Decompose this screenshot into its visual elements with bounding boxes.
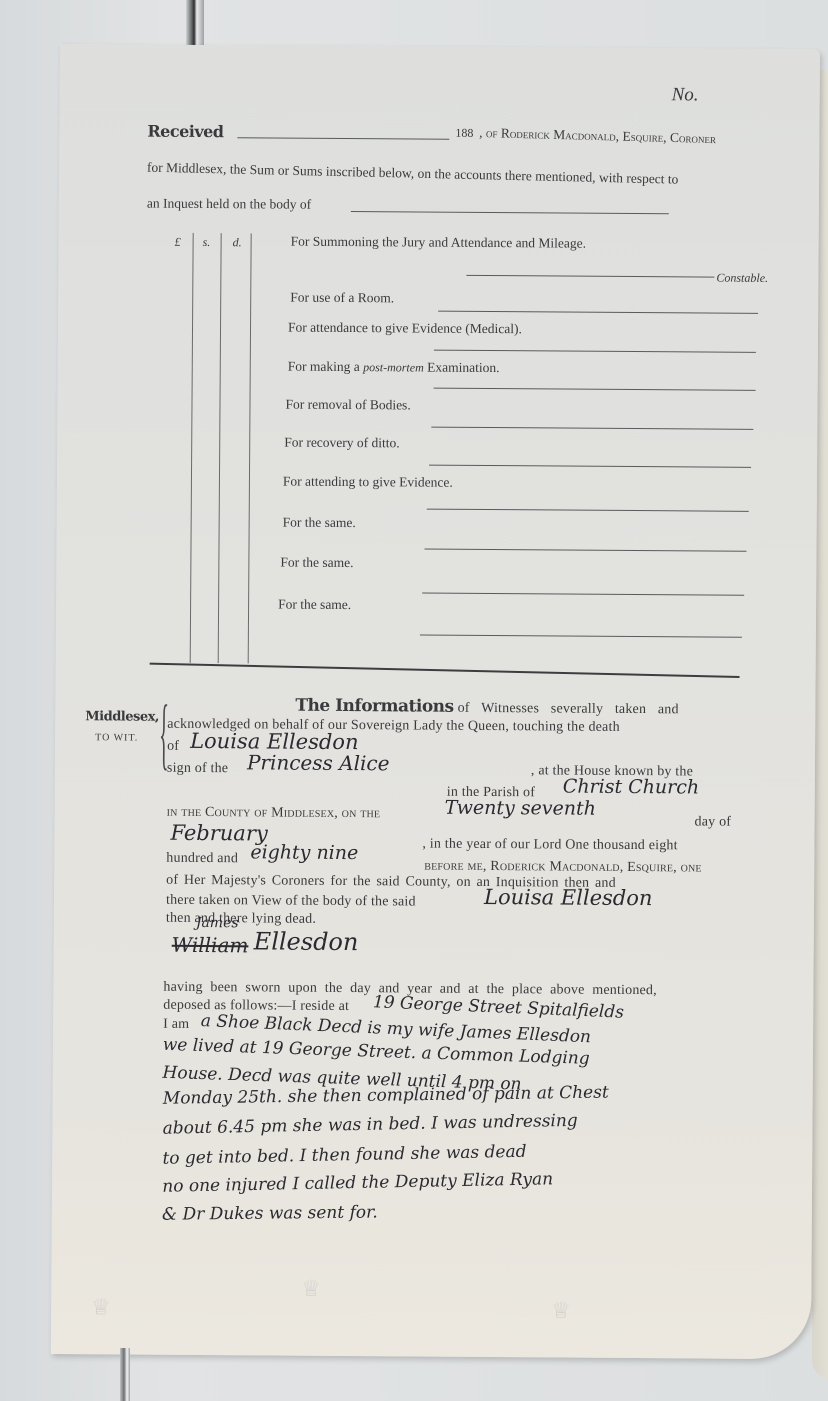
before-me-text: before me, Roderick Macdonald, Esquire, … xyxy=(424,859,702,876)
column-divider-1 xyxy=(190,233,194,663)
account-item-attending-evidence: For attending to give Evidence. xyxy=(283,474,453,491)
crown-watermark-2: ♕ xyxy=(301,1276,321,1302)
account-item-same-3: For the same. xyxy=(278,597,351,614)
account-item-medical-evidence: For attendance to give Evidence (Medical… xyxy=(288,320,522,338)
constable-blank xyxy=(466,275,714,278)
postmortem-italic: post-mortem xyxy=(363,360,424,374)
inquest-body-blank xyxy=(351,211,669,214)
medical-blank xyxy=(434,350,756,353)
shillings-column-header: s. xyxy=(203,235,211,250)
info-line-before-me: before me, Roderick Macdonald, Esquire, … xyxy=(424,859,702,877)
info-line-hundred: hundred and xyxy=(166,851,238,868)
document-page: No. Received 188 , of Roderick Macdonald… xyxy=(51,44,820,1359)
informations-heading-line: The Informations of Witnesses severally … xyxy=(295,696,678,719)
info-line-view: there taken on View of the body of the s… xyxy=(166,893,416,911)
received-date-blank xyxy=(237,137,449,139)
to-wit-label: TO WIT. xyxy=(95,732,138,743)
header-line-2: for Middlesex, the Sum or Sums inscribed… xyxy=(147,160,679,188)
same-2-blank xyxy=(422,593,744,596)
hw-witness-struck-name: William xyxy=(172,933,249,958)
account-item-same-2: For the same. xyxy=(280,555,353,572)
deposition-line-7: no one injured I called the Deputy Eliza… xyxy=(162,1169,553,1197)
hw-deceased-name-2: Louisa Ellesdon xyxy=(484,885,653,910)
account-item-postmortem: For making a post-mortem Examination. xyxy=(288,359,500,376)
sworn-line-3: I am xyxy=(163,1017,189,1033)
hw-house-sign: Princess Alice xyxy=(247,750,390,775)
postmortem-blank xyxy=(434,388,756,391)
postmortem-suffix: Examination. xyxy=(424,360,500,376)
info-line-lying-dead: then and there lying dead. xyxy=(166,911,316,928)
pence-column-header: d. xyxy=(233,235,242,250)
header-line-3: an Inquest held on the body of xyxy=(147,196,311,213)
deposition-line-8: & Dr Dukes was sent for. xyxy=(162,1202,378,1224)
informations-heading: The Informations xyxy=(295,696,453,717)
crown-watermark-3: ♕ xyxy=(551,1297,571,1323)
hw-witness-surname: Ellesdon xyxy=(254,927,359,956)
hw-witness-first-name: James xyxy=(196,915,239,931)
same-3-blank xyxy=(420,635,742,638)
pounds-column-header: £ xyxy=(175,235,181,250)
received-label: Received xyxy=(147,122,223,142)
info-line-day-of: day of xyxy=(695,814,732,830)
hw-parish: Christ Church xyxy=(563,776,699,799)
account-item-summoning: For Summoning the Jury and Attendance an… xyxy=(291,234,587,252)
county-label: Middlesex, xyxy=(85,709,159,725)
account-item-same-1: For the same. xyxy=(283,515,356,532)
deposition-line-5: about 6.45 pm she was in bed. I was undr… xyxy=(162,1111,577,1139)
deposition-line-4: Monday 25th. she then complained of pain… xyxy=(163,1083,609,1109)
attending-blank xyxy=(427,509,749,512)
binder-ring-top xyxy=(186,0,204,46)
section-divider-rule xyxy=(150,663,740,678)
account-item-room: For use of a Room. xyxy=(290,290,394,307)
binder-ring-bottom xyxy=(120,1348,130,1401)
hw-year-words: eighty nine xyxy=(250,841,358,864)
info-line-year: , in the year of our Lord One thousand e… xyxy=(422,837,677,855)
hw-day: Twenty seventh xyxy=(445,797,596,820)
postmortem-prefix: For making a xyxy=(288,359,363,375)
column-divider-3 xyxy=(248,233,252,663)
info-line-county: in the County of Middlesex, on the xyxy=(167,805,381,822)
account-item-removal: For removal of Bodies. xyxy=(285,397,410,414)
same-1-blank xyxy=(424,549,746,552)
year-prefix: 188 xyxy=(455,126,473,141)
recovery-blank xyxy=(429,465,751,468)
constable-label: Constable. xyxy=(716,271,768,286)
info-line-sign: sign of the xyxy=(167,761,228,777)
form-number-label: No. xyxy=(672,84,699,106)
account-item-recovery: For recovery of ditto. xyxy=(284,435,400,452)
info-line-0: of Witnesses severally taken and xyxy=(458,701,679,718)
room-blank xyxy=(438,311,758,314)
info-line-of: of xyxy=(167,739,179,755)
crown-watermark-1: ♕ xyxy=(91,1294,111,1320)
deposition-line-6: to get into bed. I then found she was de… xyxy=(162,1142,526,1169)
column-divider-2 xyxy=(218,233,222,663)
removal-blank xyxy=(431,427,753,430)
coroner-line: , of Roderick Macdonald, Esquire, Corone… xyxy=(479,125,716,147)
